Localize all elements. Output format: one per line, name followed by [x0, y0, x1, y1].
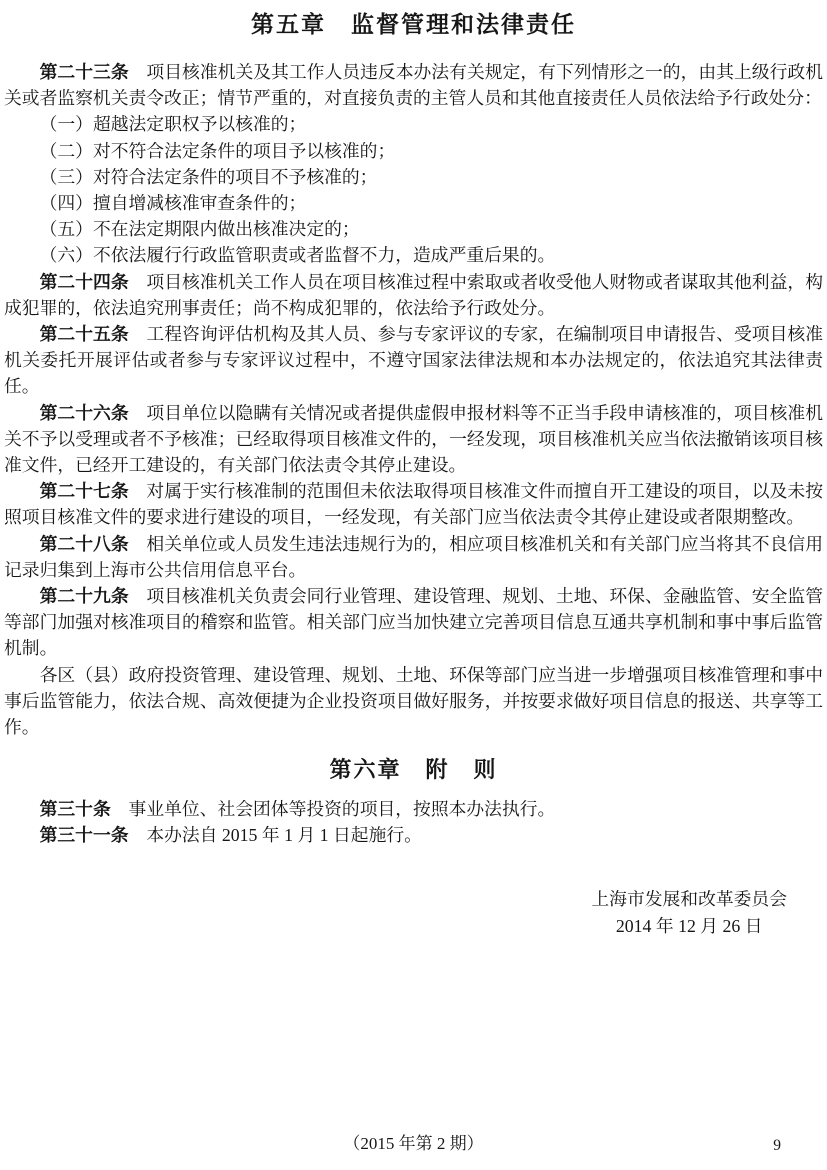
- article-29-paragraph: 第二十九条项目核准机关负责会同行业管理、建设管理、规划、土地、环保、金融监管、安…: [4, 583, 823, 662]
- article-31-number: 第三十一条: [40, 825, 129, 845]
- list-item-3: （三）对符合法定条件的项目不予核准的；: [4, 164, 823, 190]
- list-item-1: （一）超越法定职权予以核准的；: [4, 111, 823, 137]
- article-31-paragraph: 第三十一条本办法自 2015 年 1 月 1 日起施行。: [4, 822, 823, 848]
- signature-block: 上海市发展和改革委员会 2014 年 12 月 26 日: [591, 886, 787, 941]
- article-30-text: 事业单位、社会团体等投资的项目，按照本办法执行。: [129, 799, 556, 819]
- article-28-paragraph: 第二十八条相关单位或人员发生违法违规行为的，相应项目核准机关和有关部门应当将其不…: [4, 531, 823, 583]
- document-page: 第五章 监督管理和法律责任 第二十三条项目核准机关及其工作人员违反本办法有关规定…: [0, 0, 827, 1170]
- article-31-text: 本办法自 2015 年 1 月 1 日起施行。: [146, 825, 422, 845]
- article-25-paragraph: 第二十五条工程咨询评估机构及其人员、参与专家评议的专家，在编制项目申请报告、受项…: [4, 321, 823, 400]
- list-item-4: （四）擅自增减核准审查条件的；: [4, 190, 823, 216]
- article-30-paragraph: 第三十条事业单位、社会团体等投资的项目，按照本办法执行。: [4, 796, 823, 822]
- closing-paragraph: 各区（县）政府投资管理、建设管理、规划、土地、环保等部门应当进一步增强项目核准管…: [4, 662, 823, 741]
- article-26-paragraph: 第二十六条项目单位以隐瞒有关情况或者提供虚假申报材料等不正当手段申请核准的，项目…: [4, 400, 823, 479]
- signature-date: 2014 年 12 月 26 日: [591, 913, 787, 941]
- list-item-2: （二）对不符合法定条件的项目予以核准的；: [4, 138, 823, 164]
- article-27-paragraph: 第二十七条对属于实行核准制的范围但未依法取得项目核准文件而擅自开工建设的项目，以…: [4, 478, 823, 530]
- list-item-6: （六）不依法履行行政监管职责或者监督不力，造成严重后果的。: [4, 242, 823, 268]
- article-28-number: 第二十八条: [40, 534, 129, 554]
- article-26-number: 第二十六条: [40, 403, 129, 423]
- article-24-number: 第二十四条: [40, 272, 129, 292]
- article-24-paragraph: 第二十四条项目核准机关工作人员在项目核准过程中索取或者收受他人财物或者谋取其他利…: [4, 269, 823, 321]
- article-29-number: 第二十九条: [40, 586, 129, 606]
- article-23-paragraph: 第二十三条项目核准机关及其工作人员违反本办法有关规定，有下列情形之一的，由其上级…: [4, 59, 823, 111]
- article-23-number: 第二十三条: [40, 62, 129, 82]
- footer-issue-label: （2015 年第 2 期）: [0, 1133, 827, 1155]
- footer-page-number: 9: [773, 1135, 781, 1157]
- article-27-number: 第二十七条: [40, 481, 129, 501]
- chapter6-title: 第六章 附 则: [4, 755, 823, 785]
- list-item-5: （五）不在法定期限内做出核准决定的；: [4, 216, 823, 242]
- signature-issuer: 上海市发展和改革委员会: [591, 886, 787, 914]
- article-25-number: 第二十五条: [40, 324, 129, 344]
- chapter5-title: 第五章 监督管理和法律责任: [4, 10, 823, 40]
- article-30-number: 第三十条: [40, 799, 111, 819]
- page-footer: （2015 年第 2 期） 9: [0, 1133, 827, 1155]
